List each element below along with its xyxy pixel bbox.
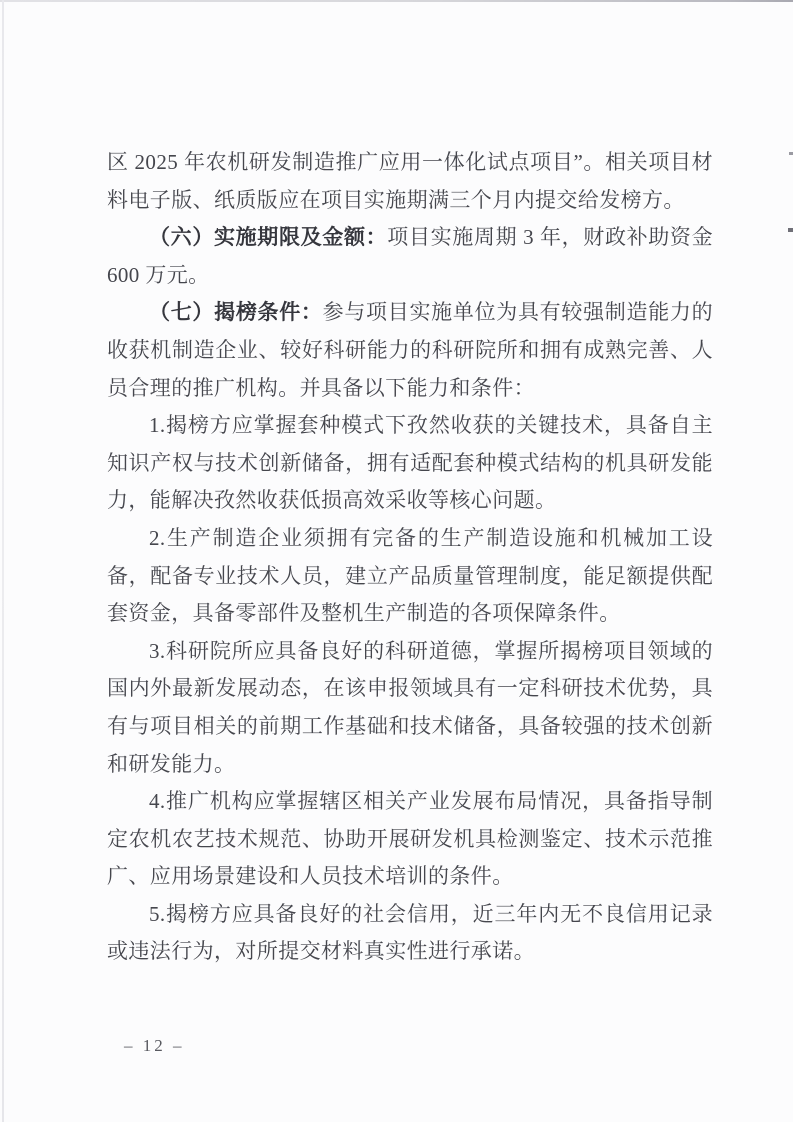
paragraph-item-4: 4.推广机构应掌握辖区相关产业发展布局情况，具备指导制定农机农艺技术规范、协助开…	[107, 783, 713, 896]
paragraph-section-6: （六）实施期限及金额：项目实施周期 3 年，财政补助资金 600 万元。	[107, 219, 713, 294]
scan-speck-artifact	[788, 228, 793, 232]
section-heading-bold: （七）揭榜条件：	[149, 300, 323, 324]
paragraph-item-5: 5.揭榜方应具备良好的社会信用，近三年内无不良信用记录或违法行为，对所提交材料真…	[107, 896, 713, 971]
scan-left-edge-artifact	[2, 0, 4, 1122]
scan-top-edge-artifact	[0, 0, 793, 2]
paragraph-text: 2.生产制造企业须拥有完备的生产制造设施和机械加工设备，配备专业技术人员，建立产…	[107, 526, 713, 625]
paragraph-text: 3.科研院所应具备良好的科研道德，掌握所揭榜项目领域的国内外最新发展动态，在该申…	[107, 639, 713, 776]
document-page: 区 2025 年农机研发制造推广应用一体化试点项目”。相关项目材料电子版、纸质版…	[0, 0, 793, 1122]
scan-speck-artifact	[789, 152, 793, 155]
paragraph-continuation: 区 2025 年农机研发制造推广应用一体化试点项目”。相关项目材料电子版、纸质版…	[107, 144, 713, 219]
paragraph-section-7: （七）揭榜条件：参与项目实施单位为具有较强制造能力的收获机制造企业、较好科研能力…	[107, 294, 713, 407]
paragraph-text: 5.揭榜方应具备良好的社会信用，近三年内无不良信用记录或违法行为，对所提交材料真…	[107, 902, 713, 964]
paragraph-text: 1.揭榜方应掌握套种模式下孜然收获的关键技术，具备自主知识产权与技术创新储备，拥…	[107, 413, 713, 512]
paragraph-item-1: 1.揭榜方应掌握套种模式下孜然收获的关键技术，具备自主知识产权与技术创新储备，拥…	[107, 407, 713, 520]
paragraph-item-3: 3.科研院所应具备良好的科研道德，掌握所揭榜项目领域的国内外最新发展动态，在该申…	[107, 633, 713, 783]
section-heading-bold: （六）实施期限及金额：	[149, 225, 387, 249]
paragraph-text: 4.推广机构应掌握辖区相关产业发展布局情况，具备指导制定农机农艺技术规范、协助开…	[107, 789, 713, 888]
paragraph-text: 区 2025 年农机研发制造推广应用一体化试点项目”。相关项目材料电子版、纸质版…	[107, 150, 713, 212]
paragraph-item-2: 2.生产制造企业须拥有完备的生产制造设施和机械加工设备，配备专业技术人员，建立产…	[107, 520, 713, 633]
page-number: – 12 –	[124, 1036, 185, 1056]
document-body-text: 区 2025 年农机研发制造推广应用一体化试点项目”。相关项目材料电子版、纸质版…	[107, 144, 713, 971]
